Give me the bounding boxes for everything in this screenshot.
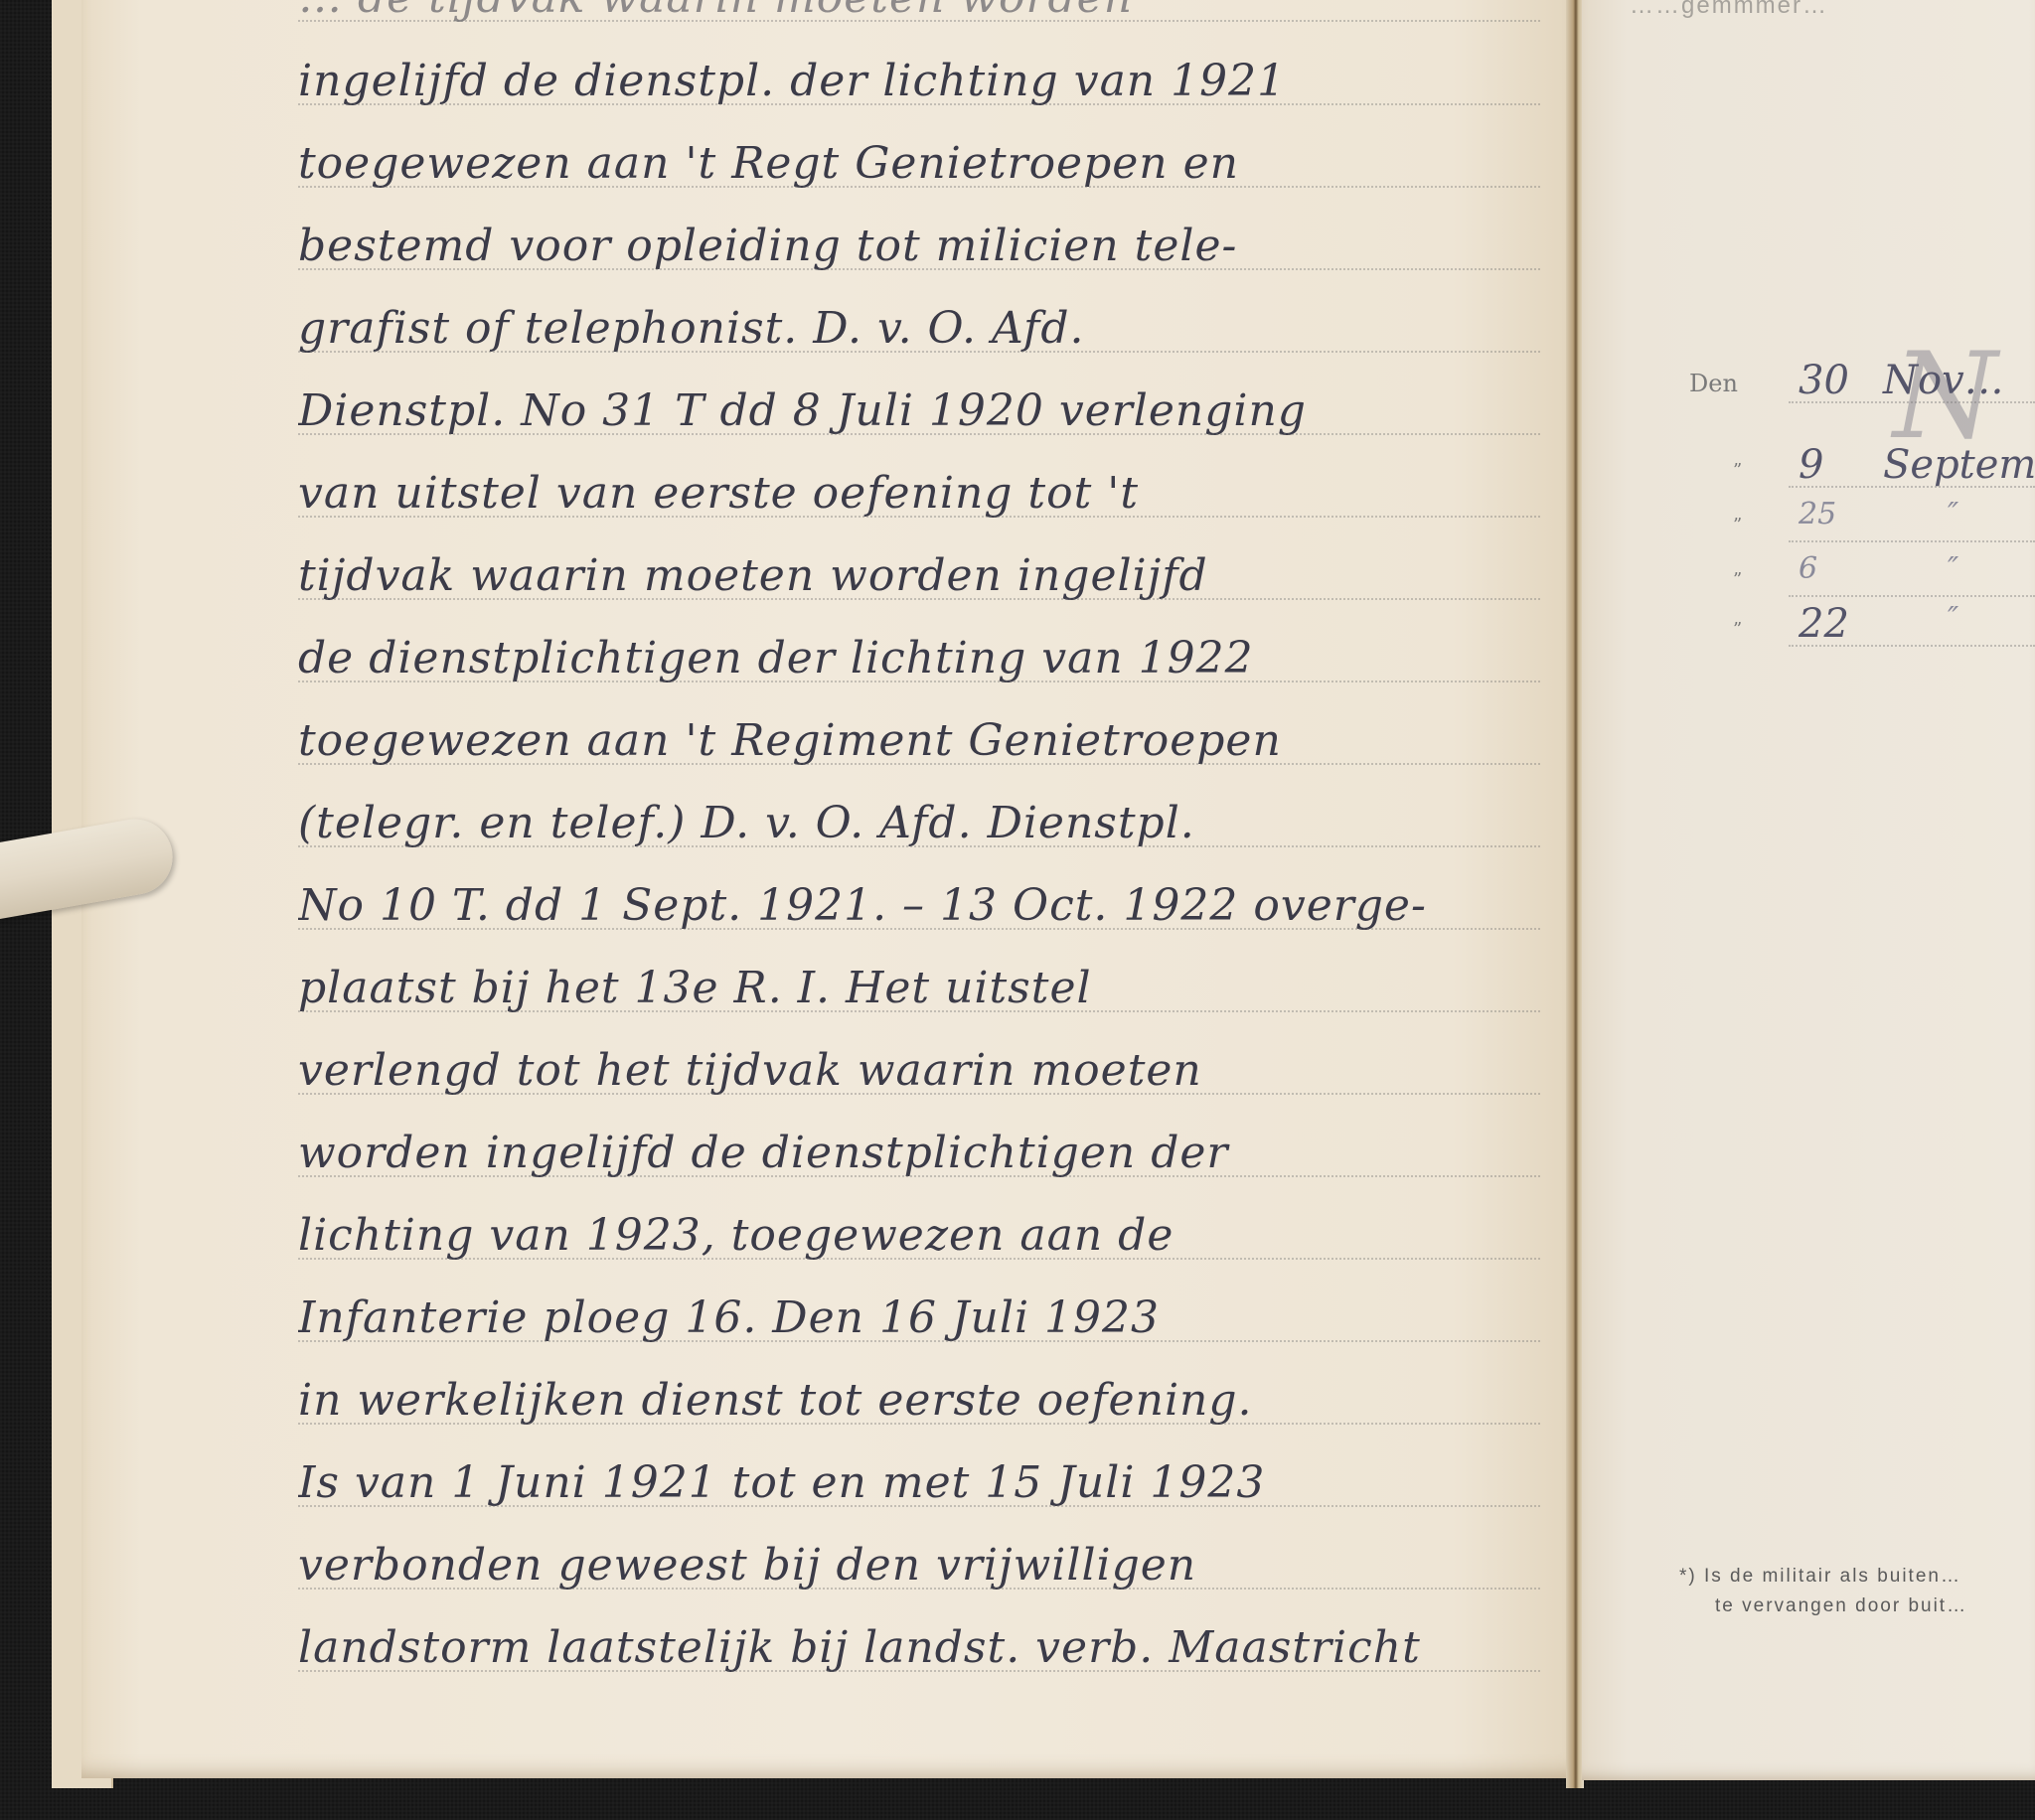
date-month: ″ [1948,551,1958,586]
handwritten-line: … de tijdvak waarin moeten worden [298,0,1540,40]
handwritten-line: lichting van 1923, toegewezen aan de [298,1194,1540,1278]
date-prefix: Den [1689,370,1749,397]
handwritten-line: verlengd tot het tijdvak waarin moeten [298,1029,1540,1113]
date-month: Nov… [1883,358,2004,403]
handwritten-line: bestemd voor opleiding tot milicien tele… [298,205,1540,288]
right-page-top-text: ……gemmmer… [1630,0,1828,20]
handwritten-line: tijdvak waarin moeten worden ingelijfd [298,534,1540,618]
date-row: ” 9 Septem… [1689,442,2035,502]
date-row: ” 22 ″ [1689,601,2035,661]
date-prefix: ” [1733,515,1793,535]
footnote-line-1: *) Is de militair als buiten… [1679,1566,1961,1587]
date-month: ″ [1948,497,1958,531]
footnote-line-2: te vervangen door buit… [1679,1592,2035,1621]
date-prefix: ” [1733,619,1793,640]
date-row: Den 30 Nov… [1689,358,2035,417]
handwritten-line: landstorm laatstelijk bij landst. verb. … [298,1606,1540,1690]
date-month: ″ [1948,601,1958,636]
date-day: 30 [1799,358,1849,403]
handwritten-line: van uitstel van eerste oefening tot 't [298,452,1540,535]
handwritten-line: verbonden geweest bij den vrijwilligen [298,1524,1540,1607]
dotted-rule [1789,645,2035,647]
handwritten-line: Infanterie ploeg 16. Den 16 Juli 1923 [298,1277,1540,1360]
handwritten-line: ingelijfd de dienstpl. der lichting van … [298,40,1540,123]
handwritten-line: toegewezen aan 't Regt Genietroepen en [298,122,1540,206]
dotted-rule [1789,540,2035,542]
dotted-rule [1789,486,2035,488]
handwritten-line: grafist of telephonist. D. v. O. Afd. [298,287,1540,371]
date-day: 6 [1799,551,1817,586]
handwritten-line: in werkelijken dienst tot eerste oefenin… [298,1359,1540,1442]
date-day: 25 [1799,497,1836,531]
date-month: Septem… [1883,442,2035,488]
date-day: 22 [1799,601,1849,647]
date-prefix: ” [1733,569,1793,590]
handwritten-line: (telegr. en telef.) D. v. O. Afd. Dienst… [298,782,1540,865]
dotted-rule [1789,401,2035,403]
handwritten-line: Dienstpl. No 31 T dd 8 Juli 1920 verleng… [298,370,1540,453]
printed-footnote: *) Is de militair als buiten… te vervang… [1679,1562,2035,1621]
handwritten-line: de dienstplichtigen der lichting van 192… [298,617,1540,700]
dotted-rule [1789,595,2035,597]
handwritten-line: toegewezen aan 't Regiment Genietroepen [298,699,1540,783]
handwritten-line: worden ingelijfd de dienstplichtigen der [298,1112,1540,1195]
handwritten-line: Is van 1 Juni 1921 tot en met 15 Juli 19… [298,1441,1540,1525]
date-prefix: ” [1733,460,1793,481]
handwritten-line: plaatst bij het 13e R. I. Het uitstel [298,947,1540,1030]
handwritten-line: No 10 T. dd 1 Sept. 1921. – 13 Oct. 1922… [298,864,1540,948]
right-page [1582,0,2035,1780]
date-row: ” 25 ″ [1689,497,2035,556]
date-day: 9 [1799,442,1823,488]
